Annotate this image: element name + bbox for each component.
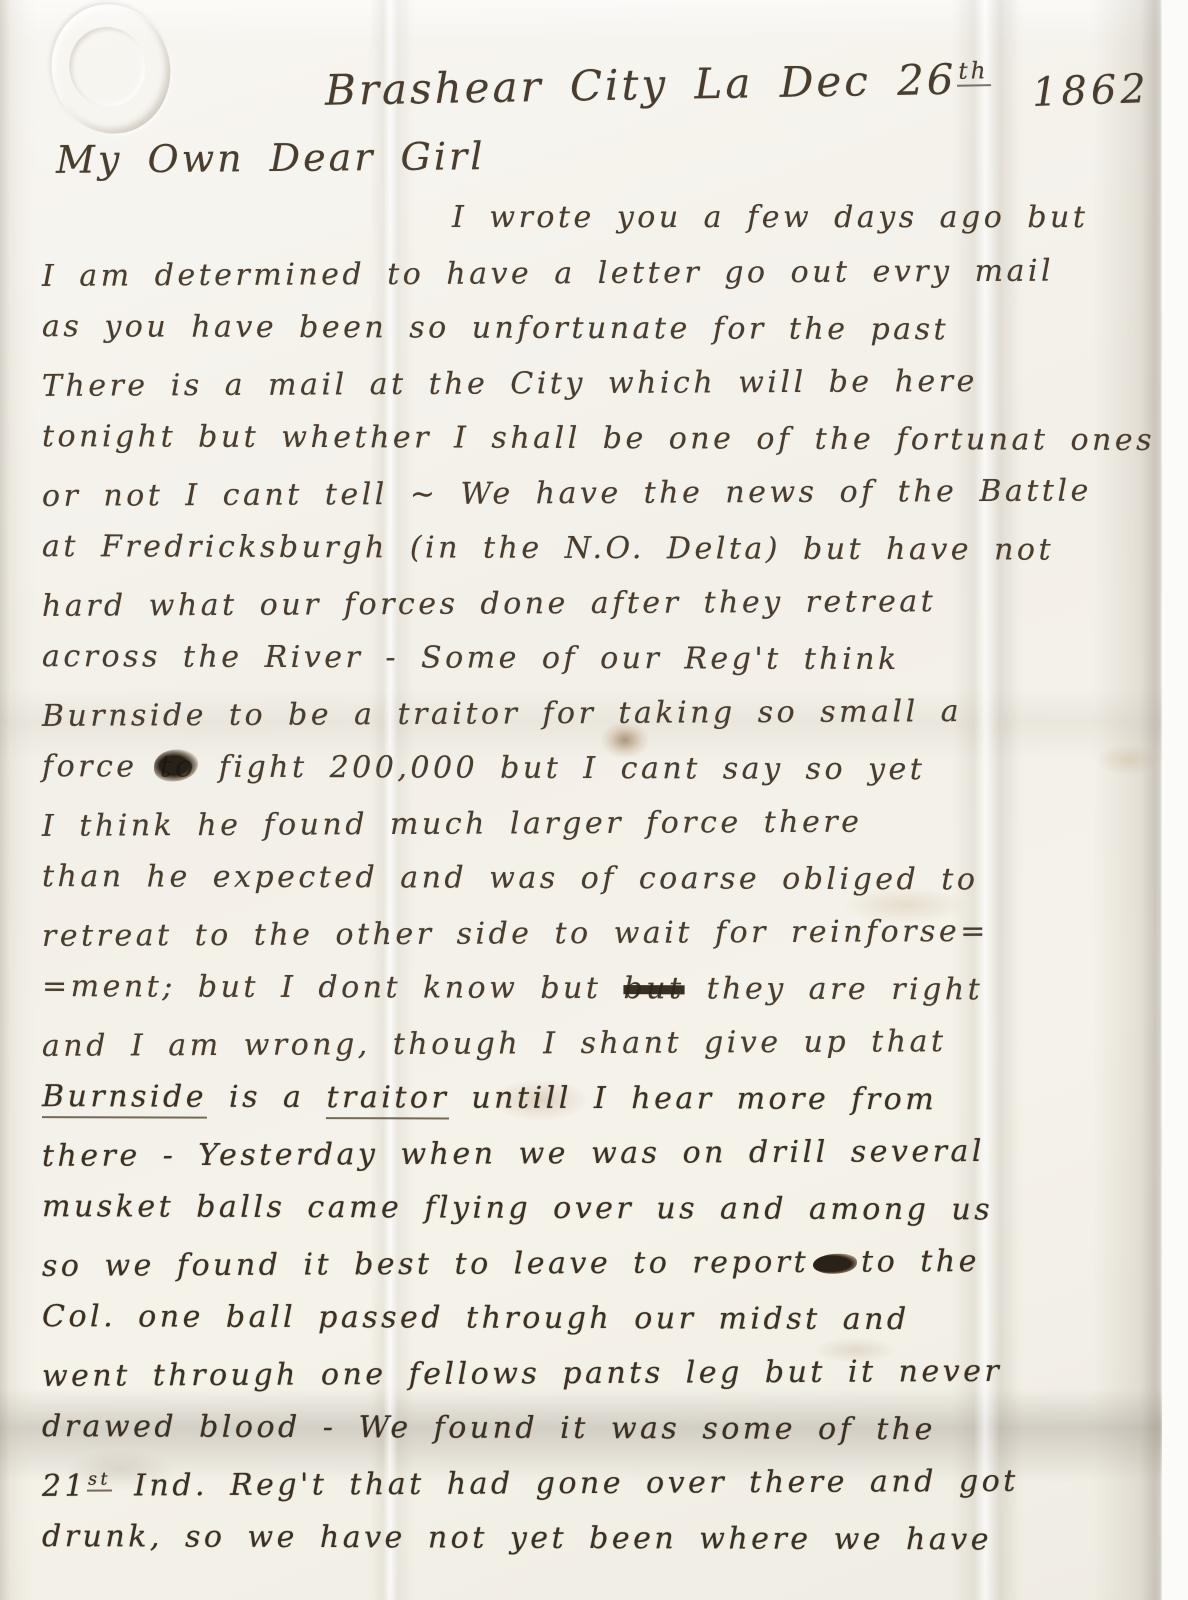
letter-line: went through one fellows pants leg but i… (42, 1353, 1142, 1414)
letter-line: drawed blood - We found it was some of t… (42, 1409, 1142, 1468)
letter-line: Col. one ball passed through our midst a… (42, 1299, 1142, 1358)
letter-page: Brashear City La Dec 26th 1862 My Own De… (0, 0, 1162, 1600)
letter-line: drunk, so we have not yet been where we … (42, 1519, 1142, 1578)
line-text: 21 (42, 1469, 87, 1504)
line-text: to the (861, 1244, 980, 1280)
letter-dateline: Brashear City La Dec 26th 1862 (0, 60, 1162, 140)
letter-line: or not I cant tell ~ We have the news of… (42, 473, 1142, 534)
line-text: they are right (685, 971, 984, 1007)
letter-line: I am determined to have a letter go out … (42, 253, 1142, 314)
letter-line: musket balls came flying over us and amo… (42, 1189, 1142, 1248)
line-text: is a (207, 1080, 327, 1115)
letter-line: there - Yesterday when we was on drill s… (42, 1133, 1142, 1194)
ink-blot-over-word: to (160, 749, 197, 784)
letter-line: Burnside is a traitor untill I hear more… (42, 1079, 1142, 1138)
letter-line: tonight but whether I shall be one of th… (42, 419, 1142, 478)
underlined-word: traitor (326, 1080, 449, 1119)
letter-line: =ment; but I dont know but but they are … (42, 969, 1142, 1028)
letter-line: and I am wrong, though I shant give up t… (42, 1023, 1142, 1084)
letter-line: as you have been so unfortunate for the … (42, 309, 1142, 368)
ordinal-superscript: st (87, 1470, 112, 1492)
underlined-word: Burnside (42, 1079, 207, 1119)
letter-line: force to fight 200,000 but I cant say so… (42, 749, 1142, 808)
letter-line: hard what our forces done after they ret… (42, 583, 1142, 644)
letter-line: across the River - Some of our Reg't thi… (42, 639, 1142, 698)
letter-body: I am determined to have a letter go out … (42, 256, 1142, 1576)
letter-line: than he expected and was of coarse oblig… (42, 859, 1142, 918)
date-ordinal: th (956, 58, 991, 87)
letter-line: so we found it best to leave to reportto… (42, 1243, 1142, 1304)
letter-year: 1862 (1031, 66, 1150, 116)
line-text: Ind. Reg't that had gone over there and … (112, 1464, 1019, 1504)
place-and-date: Brashear City La Dec 26th (325, 54, 991, 115)
salutation: My Own Dear Girl (56, 134, 486, 182)
ink-blot (813, 1254, 857, 1274)
line-text: force (42, 749, 160, 784)
opening-line: I wrote you a few days ago but (452, 200, 1088, 255)
line-text: untill I hear more from (449, 1081, 937, 1118)
letter-line: retreat to the other side to wait for re… (42, 913, 1142, 974)
letter-line: 21st Ind. Reg't that had gone over there… (42, 1463, 1142, 1524)
letter-line: at Fredricksburgh (in the N.O. Delta) bu… (42, 529, 1142, 588)
line-text: fight 200,000 but I cant say so yet (197, 750, 926, 788)
letter-line: I think he found much larger force there (42, 803, 1142, 864)
place-date-text: Brashear City La Dec 26 (325, 55, 957, 115)
line-text: =ment; but I dont know but (42, 969, 624, 1006)
line-text: so we found it best to leave to report (42, 1245, 809, 1284)
scribbled-out-word: but (623, 971, 684, 1006)
letter-line: There is a mail at the City which will b… (42, 363, 1142, 424)
letter-line: Burnside to be a traitor for taking so s… (42, 693, 1142, 754)
